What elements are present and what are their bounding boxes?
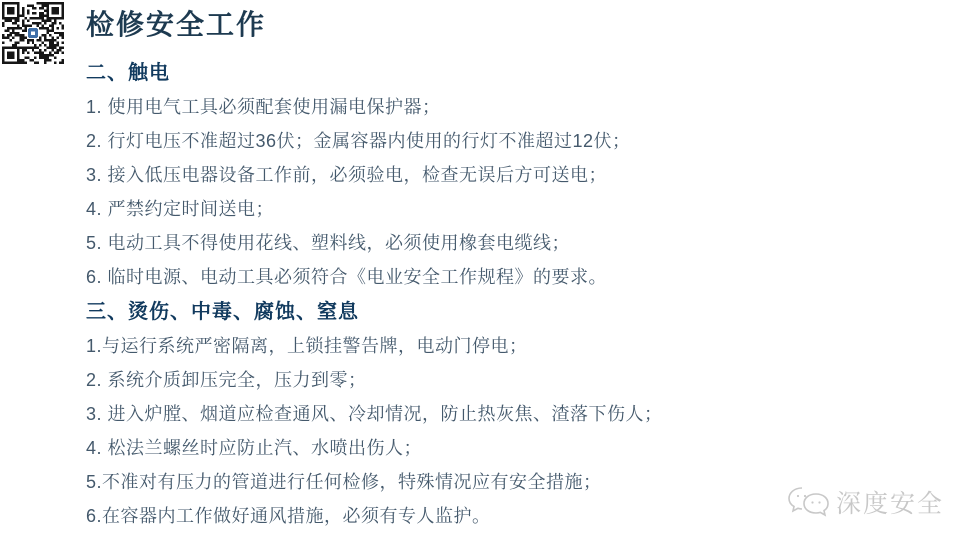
list-item: 4. 严禁约定时间送电；: [86, 192, 946, 226]
list-item: 6. 临时电源、电动工具必须符合《电业安全工作规程》的要求。: [86, 260, 946, 294]
list-item: 5. 电动工具不得使用花线、塑料线，必须使用橡套电缆线；: [86, 226, 946, 260]
list-item: 2. 行灯电压不准超过36伏；金属容器内使用的行灯不准超过12伏；: [86, 124, 946, 158]
list-item: 3. 进入炉膛、烟道应检查通风、冷却情况，防止热灰焦、渣落下伤人；: [86, 397, 946, 431]
chat-bubbles-icon: [786, 485, 830, 519]
list-item: 2. 系统介质卸压完全，压力到零；: [86, 363, 946, 397]
section-heading: 二、触电: [86, 58, 946, 88]
list-item: 1. 使用电气工具必须配套使用漏电保护器；: [86, 90, 946, 124]
list-item: 1.与运行系统严密隔离，上锁挂警告牌，电动门停电；: [86, 329, 946, 363]
qr-code-image: [2, 2, 64, 64]
list-item: 3. 接入低压电器设备工作前，必须验电，检查无误后方可送电；: [86, 158, 946, 192]
section-electric-shock: 二、触电 1. 使用电气工具必须配套使用漏电保护器； 2. 行灯电压不准超过36…: [86, 58, 946, 294]
page-title: 检修安全工作: [86, 6, 946, 44]
section-heading: 三、烫伤、中毒、腐蚀、窒息: [86, 297, 946, 327]
watermark-text: 深度安全: [836, 484, 944, 520]
list-item: 4. 松法兰螺丝时应防止汽、水喷出伤人；: [86, 431, 946, 465]
slide-content: 检修安全工作 二、触电 1. 使用电气工具必须配套使用漏电保护器； 2. 行灯电…: [86, 6, 946, 535]
qr-code: [2, 2, 64, 64]
watermark: 深度安全: [786, 484, 944, 520]
